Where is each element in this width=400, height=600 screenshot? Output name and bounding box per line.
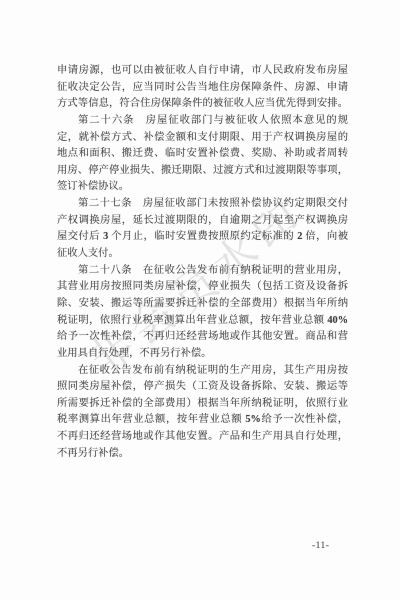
text-line: 产权调换房屋，延长过渡期限的，自逾期之月起至产权调换房 [57,213,348,230]
text-run: 给予一次性补偿，不再归还经营场地或作其他安置。商品和营 [57,331,348,342]
text-run: 产权调换房屋，延长过渡期限的，自逾期之月起至产权调换房 [57,215,348,226]
text-line: 税证明，依照行业税率测算出年营业总额，按年营业总额 40% [57,313,348,330]
text-run: 个月止，临时安置费按照原约定标准的 [108,231,297,242]
text-line: 给予一次性补偿，不再归还经营场地或作其他安置。商品和营 [57,329,348,346]
figure-value: 5% [245,414,260,425]
text-run: 税证明，依照行业税率测算出年营业总额，按年营业总额 [57,315,327,326]
text-run: 第二十七条 房屋征收部门未按照补偿协议约定期限交付 [78,198,348,209]
text-line: 照同类房屋补偿，停产损失（工资及设备拆除、安装、搬运等 [57,379,348,396]
text-line: 用房、停产停业损失、搬迁期限、过渡方式和过渡期限等事项， [57,163,348,180]
text-line: 不再另行补偿。 [57,446,348,463]
text-run: 征收决定公告，应当同时公告当地住房保障条件、房源、申请 [57,82,348,93]
text-run: 第二十八条 在征收公告发布前有纳税证明的营业用房， [78,265,348,276]
text-run: 征收人支付。 [57,248,119,259]
text-line: 第二十八条 在征收公告发布前有纳税证明的营业用房， [57,263,348,280]
text-run: 方式等信息，符合住房保障条件的被征收人应当优先得到安排。 [57,98,348,109]
text-line: 不再归还经营场地或作其他安置。产品和生产用具自行处理， [57,429,348,446]
text-line: 征收人支付。 [57,246,348,263]
text-line: 除、安装、搬运等所需要拆迁补偿的全部费用）根据当年所纳 [57,296,348,313]
text-line: 业用具自行处理，不再另行补偿。 [57,346,348,363]
text-run: 税率测算出年营业总额，按年营业总额 [57,414,245,425]
text-run: 给予一次性补偿， [261,414,348,425]
text-line: 定，就补偿方式、补偿金额和支付期限、用于产权调换房屋的 [57,130,348,147]
text-run: 第二十六条 房屋征收部门与被征收人依照本意见的规 [78,115,348,126]
text-line: 税率测算出年营业总额，按年营业总额 5%给予一次性补偿， [57,412,348,429]
text-line: 其营业用房按照同类房屋补偿，停业损失（包括工资及设备拆 [57,279,348,296]
text-run: 不再另行补偿。 [57,448,129,459]
text-run: 照同类房屋补偿，停产损失（工资及设备拆除、安装、搬运等 [57,381,348,392]
text-run: 其营业用房按照同类房屋补偿，停业损失（包括工资及设备拆 [57,281,348,292]
text-line: 申请房源，也可以由被征收人自行申请，市人民政府发布房屋 [57,63,348,80]
text-line: 所需要拆迁补偿的全部费用）根据当年所纳税证明，依照行业 [57,396,348,413]
text-line: 第二十六条 房屋征收部门与被征收人依照本意见的规 [57,113,348,130]
text-run: 地点和面积、搬迁费、临时安置补偿费、奖励、补助或者周转 [57,148,348,159]
text-line: 方式等信息，符合住房保障条件的被征收人应当优先得到安排。 [57,96,348,113]
text-line: 签订补偿协议。 [57,179,348,196]
text-run: 不再归还经营场地或作其他安置。产品和生产用具自行处理， [57,431,348,442]
text-run: 定，就补偿方式、补偿金额和支付期限、用于产权调换房屋的 [57,132,348,143]
text-run: 所需要拆迁补偿的全部费用）根据当年所纳税证明，依照行业 [57,398,348,409]
page-number: -11- [312,541,329,551]
text-line: 屋交付后 3 个月止，临时安置费按照原约定标准的 2 倍，向被 [57,229,348,246]
text-line: 征收决定公告，应当同时公告当地住房保障条件、房源、申请 [57,80,348,97]
text-run: 签订补偿协议。 [57,181,129,192]
figure-value: 40% [327,315,348,326]
text-line: 地点和面积、搬迁费、临时安置补偿费、奖励、补助或者周转 [57,146,348,163]
text-run: 申请房源，也可以由被征收人自行申请，市人民政府发布房屋 [57,65,348,76]
text-run: 屋交付后 [57,231,103,242]
text-run: 业用具自行处理，不再另行补偿。 [57,348,211,359]
text-run: 除、安装、搬运等所需要拆迁补偿的全部费用）根据当年所纳 [57,298,348,309]
text-run: 在征收公告发布前有纳税证明的生产用房，其生产用房按 [78,365,348,376]
text-line: 在征收公告发布前有纳税证明的生产用房，其生产用房按 [57,363,348,380]
document-body: 申请房源，也可以由被征收人自行申请，市人民政府发布房屋征收决定公告，应当同时公告… [57,63,348,462]
document-page: 非会员水印 申请房源，也可以由被征收人自行申请，市人民政府发布房屋征收决定公告，… [0,0,400,600]
text-line: 第二十七条 房屋征收部门未按照补偿协议约定期限交付 [57,196,348,213]
text-run: 用房、停产停业损失、搬迁期限、过渡方式和过渡期限等事项， [57,165,348,176]
text-run: 倍，向被 [302,231,348,242]
